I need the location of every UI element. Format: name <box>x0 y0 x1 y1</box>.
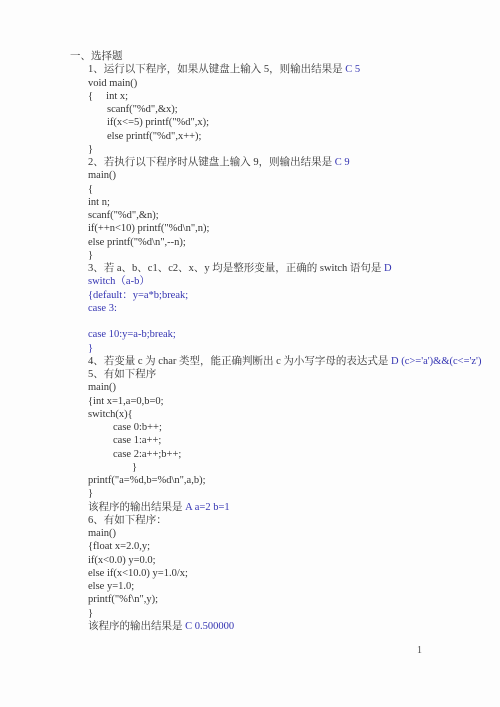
body-text: {float x=2.0,y; <box>88 541 150 552</box>
doc-line: else if(x<10.0) y=1.0/x; <box>0 567 500 580</box>
doc-line: 5、有如下程序 <box>0 368 500 381</box>
doc-line: if(++n<10) printf("%d\n",n); <box>0 222 500 235</box>
answer-text: case 3: <box>88 303 117 314</box>
answer-text: C 5 <box>345 64 360 75</box>
body-text: case 2:a++;b++; <box>113 449 181 460</box>
doc-line: { <box>0 183 500 196</box>
body-text: 该程序的输出结果是 <box>88 502 185 513</box>
answer-text: C 9 <box>335 157 350 168</box>
doc-line: switch（a-b） <box>0 275 500 288</box>
answer-text: switch（a-b） <box>88 276 150 287</box>
doc-line: } <box>0 143 500 156</box>
doc-line: printf("a=%d,b=%d\n",a,b); <box>0 474 500 487</box>
doc-line: else printf("%d",x++); <box>0 130 500 143</box>
doc-line: if(x<0.0) y=0.0; <box>0 554 500 567</box>
answer-text: C 0.500000 <box>185 621 234 632</box>
body-text: { int x; <box>88 91 128 102</box>
body-text: } <box>88 608 93 619</box>
body-text: 该程序的输出结果是 <box>88 621 185 632</box>
body-text: if(++n<10) printf("%d\n",n); <box>88 223 209 234</box>
doc-line: int n; <box>0 196 500 209</box>
doc-line: printf("%f\n",y); <box>0 593 500 606</box>
doc-line: {int x=1,a=0,b=0; <box>0 395 500 408</box>
body-text: scanf("%d",&x); <box>107 104 178 115</box>
body-text: } <box>88 488 93 499</box>
body-text: printf("%f\n",y); <box>88 594 158 605</box>
doc-line: scanf("%d",&n); <box>0 209 500 222</box>
body-text: main() <box>88 382 116 393</box>
doc-line: } <box>0 607 500 620</box>
doc-line: 3、若 a、b、c1、c2、x、y 均是整形变量，正确的 switch 语句是 … <box>0 262 500 275</box>
doc-line: main() <box>0 169 500 182</box>
doc-line: 该程序的输出结果是 C 0.500000 <box>0 620 500 633</box>
body-text: scanf("%d",&n); <box>88 210 159 221</box>
doc-line: 4、若变量 c 为 char 类型，能正确判断出 c 为小写字母的表达式是 D … <box>0 355 500 368</box>
answer-text: D (c>='a')&&(c<='z') <box>391 356 481 367</box>
body-text: else y=1.0; <box>88 581 134 592</box>
doc-line: 该程序的输出结果是 A a=2 b=1 <box>0 501 500 514</box>
body-text: 5、有如下程序 <box>88 369 156 380</box>
doc-line: } <box>0 249 500 262</box>
body-text: main() <box>88 170 116 181</box>
body-text: else if(x<10.0) y=1.0/x; <box>88 568 188 579</box>
doc-line: else y=1.0; <box>0 580 500 593</box>
doc-line: scanf("%d",&x); <box>0 103 500 116</box>
doc-line: 6、有如下程序： <box>0 514 500 527</box>
body-text: printf("a=%d,b=%d\n",a,b); <box>88 475 206 486</box>
body-text: 4、若变量 c 为 char 类型，能正确判断出 c 为小写字母的表达式是 <box>88 356 391 367</box>
doc-line: case 10:y=a-b;break; <box>0 328 500 341</box>
doc-line: if(x<=5) printf("%d",x); <box>0 116 500 129</box>
document-page: 一、选择题1、运行以下程序，如果从键盘上输入 5，则输出结果是 C 5void … <box>0 0 500 707</box>
doc-line: {float x=2.0,y; <box>0 540 500 553</box>
doc-line: } <box>0 487 500 500</box>
doc-line: 2、若执行以下程序时从键盘上输入 9，则输出结果是 C 9 <box>0 156 500 169</box>
body-text: switch(x){ <box>88 409 133 420</box>
body-text: if(x<0.0) y=0.0; <box>88 555 156 566</box>
body-text: } <box>132 462 137 473</box>
doc-line: { int x; <box>0 90 500 103</box>
body-text: { <box>88 184 93 195</box>
doc-line: case 3: <box>0 302 500 315</box>
body-text: 1、运行以下程序，如果从键盘上输入 5，则输出结果是 <box>88 64 345 75</box>
body-text: case 1:a++; <box>113 435 161 446</box>
doc-line: main() <box>0 381 500 394</box>
body-text: void main() <box>88 78 137 89</box>
answer-text: {default：y=a*b;break; <box>88 290 188 301</box>
body-text: } <box>88 250 93 261</box>
body-text: 一、选择题 <box>70 51 123 62</box>
doc-line: case 2:a++;b++; <box>0 448 500 461</box>
body-text: 2、若执行以下程序时从键盘上输入 9，则输出结果是 <box>88 157 335 168</box>
doc-line: else printf("%d\n",--n); <box>0 236 500 249</box>
answer-text: case 10:y=a-b;break; <box>88 329 176 340</box>
document-body: 一、选择题1、运行以下程序，如果从键盘上输入 5，则输出结果是 C 5void … <box>0 50 500 633</box>
doc-line: main() <box>0 527 500 540</box>
body-text: 6、有如下程序： <box>88 515 167 526</box>
body-text: 3、若 a、b、c1、c2、x、y 均是整形变量，正确的 switch 语句是 <box>88 263 384 274</box>
answer-text: A a=2 b=1 <box>185 502 230 513</box>
body-text: else printf("%d",x++); <box>107 131 201 142</box>
doc-line: switch(x){ <box>0 408 500 421</box>
body-text: if(x<=5) printf("%d",x); <box>107 117 209 128</box>
doc-line: {default：y=a*b;break; <box>0 289 500 302</box>
body-text: main() <box>88 528 116 539</box>
answer-text: } <box>88 343 93 354</box>
body-text: {int x=1,a=0,b=0; <box>88 396 164 407</box>
doc-line: } <box>0 461 500 474</box>
doc-line: case 1:a++; <box>0 434 500 447</box>
doc-line <box>0 315 500 328</box>
body-text: } <box>88 144 93 155</box>
answer-text: D <box>384 263 392 274</box>
body-text: case 0:b++; <box>113 422 162 433</box>
doc-line: } <box>0 342 500 355</box>
doc-line: void main() <box>0 77 500 90</box>
doc-line: 1、运行以下程序，如果从键盘上输入 5，则输出结果是 C 5 <box>0 63 500 76</box>
doc-line: 一、选择题 <box>0 50 500 63</box>
body-text: int n; <box>88 197 110 208</box>
doc-line: case 0:b++; <box>0 421 500 434</box>
body-text: else printf("%d\n",--n); <box>88 237 186 248</box>
page-number: 1 <box>417 645 422 656</box>
